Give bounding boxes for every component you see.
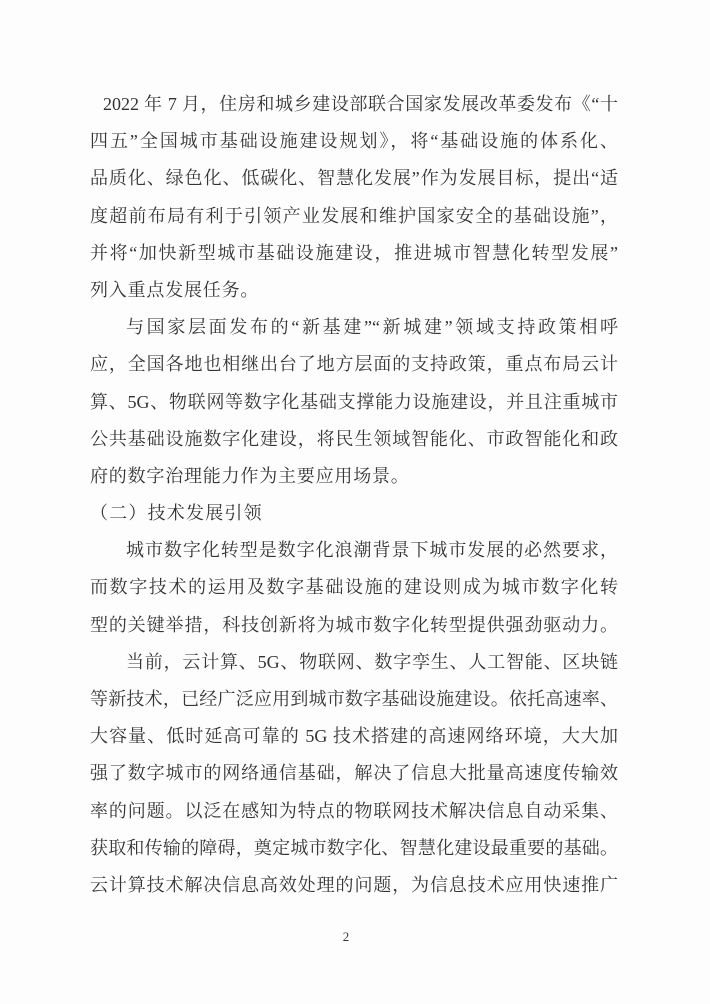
text-line: 当前，云计算、5G、物联网、数字孪生、人工智能、区块链 — [90, 644, 618, 681]
text-line: 算、5G、物联网等数字化基础支撑能力设施建设，并且注重城市 — [90, 384, 618, 421]
text-line: 品质化、绿色化、低碳化、智慧化发展”作为发展目标，提出“适 — [90, 160, 618, 197]
section-heading: （二）技术发展引领 — [90, 495, 618, 532]
text-line: 云计算技术解决信息高效处理的问题，为信息技术应用快速推广 — [90, 867, 618, 904]
text-line: 并将“加快新型城市基础设施建设，推进城市智慧化转型发展” — [90, 235, 618, 272]
text-line: 等新技术，已经广泛应用到城市数字基础设施建设。依托高速率、 — [90, 681, 618, 718]
text-line: 四五”全国城市基础设施建设规划》，将“基础设施的体系化、 — [90, 123, 618, 160]
text-line: 大容量、低时延高可靠的 5G 技术搭建的高速网络环境，大大加 — [90, 718, 618, 755]
text-line: 型的关键举措，科技创新将为城市数字化转型提供强劲驱动力。 — [90, 607, 618, 644]
document-page: 2022 年 7 月，住房和城乡建设部联合国家发展改革委发布《“十四五”全国城市… — [0, 0, 710, 1004]
text-line: 率的问题。以泛在感知为特点的物联网技术解决信息自动采集、 — [90, 793, 618, 830]
text-line: 获取和传输的障碍，奠定城市数字化、智慧化建设最重要的基础。 — [90, 830, 618, 867]
text-line: 强了数字城市的网络通信基础，解决了信息大批量高速度传输效 — [90, 755, 618, 792]
text-line: 公共基础设施数字化建设，将民生领域智能化、市政智能化和政 — [90, 421, 618, 458]
text-line: 应，全国各地也相继出台了地方层面的支持政策，重点布局云计 — [90, 346, 618, 383]
text-line: 城市数字化转型是数字化浪潮背景下城市发展的必然要求， — [90, 532, 618, 569]
text-line: 2022 年 7 月，住房和城乡建设部联合国家发展改革委发布《“十 — [90, 86, 618, 123]
text-line: 而数字技术的运用及数字基础设施的建设则成为城市数字化转 — [90, 569, 618, 606]
text-line: 列入重点发展任务。 — [90, 272, 618, 309]
text-line: 度超前布局有利于引领产业发展和维护国家安全的基础设施”， — [90, 198, 618, 235]
text-line: 府的数字治理能力作为主要应用场景。 — [90, 458, 618, 495]
document-body: 2022 年 7 月，住房和城乡建设部联合国家发展改革委发布《“十四五”全国城市… — [90, 86, 618, 904]
page-number: 2 — [0, 928, 692, 946]
text-line: 与国家层面发布的“新基建”“新城建”领域支持政策相呼 — [90, 309, 618, 346]
